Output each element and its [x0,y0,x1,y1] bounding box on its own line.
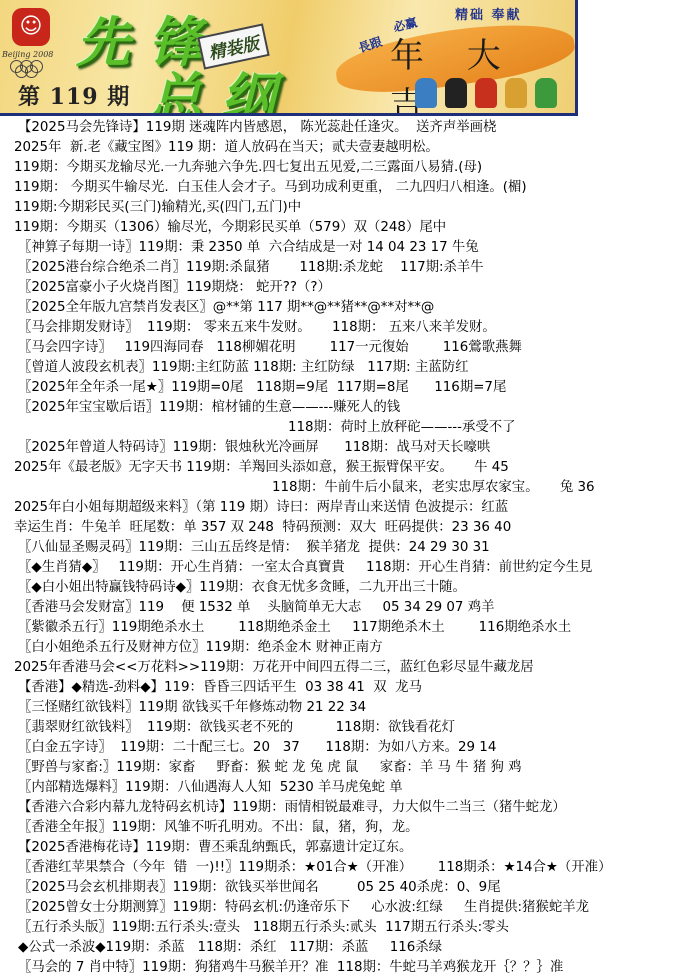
text-line: 119期： 今期买牛输尽光. 白玉佳人会才子。马到功成利更重， 二九四归八相逢。… [14,178,527,198]
text-line: 〖2025马会玄机排期表〗119期：欲钱买举世闻名 05 25 40杀虎：0、9… [18,878,501,898]
text-line: 2025年白小姐每期超级来料〗（第 119 期）诗曰：两岸青山来送情 色波提示：… [14,498,508,518]
text-line: 〖野兽与家畜:〗119期：家畜 野畜：猴 蛇 龙 兔 虎 鼠 家畜：羊 马 牛 … [18,758,522,778]
text-line: 〖2025年全年杀一尾★〗119期=0尾 118期=9尾 117期=8尾 116… [18,378,506,398]
text-line: 〖2025港台综合绝杀二肖〗119期:杀鼠猪 118期:杀龙蛇 117期:杀羊牛 [18,258,484,278]
mascot-icon [505,78,527,108]
text-line: 119期：今期买龙输尽光.一九奔驰六争先.四七复出五见爱,二三露面八易猜.(母) [14,158,482,178]
header-banner: ☺ Beijing 2008 第 119 期 先 锋 总 纲 精装版 年 大 吉… [0,0,578,116]
text-line: 〖◆白小姐出特赢钱特码诗◆〗119期：衣食无忧多贪睡，二九开出三十随。 [18,578,466,598]
text-line: 〖紫徽杀五行〗119期绝杀水土 118期绝杀金土 117期绝杀木土 116期绝杀… [18,618,571,638]
text-line: 〖2025富豪小子火烧肖图〗119期烧： 蛇开??（?） [18,278,331,298]
text-line: 【香港六合彩内幕九龙特码玄机诗】119期：雨情相锐最难寻，力大似牛二当三（猪牛蛇… [18,798,566,818]
text-line: 〖内部精选爆料〗119期：八仙遇海人人知 5230 羊马虎兔蛇 单 [18,778,403,798]
olympic-emblem-icon: ☺ [12,8,50,46]
text-line: 【2025香港梅花诗】119期：曹丕乘乱纳甄氏，郭嘉遗计定辽东。 [18,838,412,858]
text-line: 〖五行杀头版〗119期:五行杀头:壹头 118期五行杀头:贰头 117期五行杀头… [18,918,509,938]
text-line: 〖2025年宝宝歇后语〗119期：棺材铺的生意——---赚死人的钱 [18,398,400,418]
text-line: 〖2025曾女士分期测算〗119期：特码玄机:仍逢帝乐下 心水波:红绿 生肖提供… [18,898,589,918]
issue-number: 第 119 期 [18,80,130,111]
mascot-icon [415,78,437,108]
mascot-icon [445,78,467,108]
text-line: 〖2025全年版九宫禁肖发表区〗@**第 117 期**@**猪**@**对**… [18,298,434,318]
text-line: 〖神算子每期一诗〗119期：秉 2350 单 六合结成是一对 14 04 23 … [18,238,479,258]
text-line: 〖马会排期发财诗〗 119期： 零来五来牛发财。 118期： 五来八来羊发财。 [18,318,496,338]
text-line: 〖马会四字诗〗 119四海同春 118柳媚花明 117一元復始 116鶯歌燕舞 [18,338,522,358]
text-line: 2025年 新.老《藏宝图》119 期：道人放码在当天；贰夫壹妻越明松。 [14,138,439,158]
text-line: 〖白金五字诗〗 119期：二十配三七。20 37 118期：为如八方来。29 1… [18,738,496,758]
text-line: 【香港】◆精选-劲料◆】119：昏昏三四话平生 03 38 41 双 龙马 [18,678,422,698]
text-line: 〖香港马会发财富〗119 便 1532 单 头脑简单无大志 05 34 29 0… [18,598,494,618]
text-line: 〖三怪赌红欲钱料〗119期 欲钱买千年修炼动物 21 22 34 [18,698,366,718]
text-line: 〖马会的 7 肖中特〗119期：狗猪鸡牛马猴羊开？准 118期：牛蛇马羊鸡猴龙开… [18,958,563,977]
text-line: 〖白小姐绝杀五行及财神方位〗119期：绝杀金木 财神正南方 [18,638,383,658]
text-line: 2025年香港马会<<万花料>>119期：万花开中间四五得二三，蓝红色彩尽显牛藏… [14,658,534,678]
mascots-graphic [415,78,557,108]
mascot-icon [535,78,557,108]
text-line: 【2025马会先锋诗】119期 迷魂阵内皆感恩， 陈光蕊赴任逢灾。 送齐声举画桡 [18,118,496,138]
text-line: 118期：荷时上放秤砣——---承受不了 [288,418,516,438]
logo-caption: Beijing 2008 [2,50,53,59]
text-line: 119期：今期买（1306）输尽光，今期彩民买单（579）双（248）尾中 [14,218,446,238]
text-line: 〖香港全年报〗119期：风雏不听孔明劝。不出：鼠，猪，狗，龙。 [18,818,419,838]
text-line: 〖◆生肖猜◆〗 119期：开心生肖猜：一室太合真寶貴 118期：开心生肖猜：前世… [18,558,592,578]
text-line: 〖曾道人波段玄机表〗119期:主红防蓝 118期: 主红防绿 117期: 主蓝防… [18,358,469,378]
text-line: 2025年《最老版》无字天书 119期：羊羯回头添如意，猴王振臂保平安。 牛 4… [14,458,509,478]
slogan-top: 精础 奉献 [455,4,522,23]
text-line: ◆公式一杀波◆119期：杀蓝 118期：杀红 117期：杀蓝 116杀绿 [18,938,442,958]
olympic-rings-icon [10,60,56,76]
text-line: 〖香港红苹果禁合（今年 错 一)!!〗119期杀：★01合★（开准） 118期杀… [18,858,611,878]
text-line: 〖翡翠财红欲钱料〗 119期：欲钱买老不死的 118期：欲钱看花灯 [18,718,455,738]
mascot-icon [475,78,497,108]
text-line: 118期：牛前牛后小鼠来，老实忠厚农家宝。 兔 36 [272,478,595,498]
text-line: 〖八仙显圣赐灵码〗119期：三山五岳终是情： 猴羊猪龙 提供：24 29 30 … [18,538,490,558]
text-line: 幸运生肖：牛兔羊 旺尾数：单 357 双 248 特码预测：双大 旺码提供：23… [14,518,511,538]
text-line: 〖2025年曾道人特码诗〗119期：银烛秋光冷画屏 118期：战马对天长嚎哄 [18,438,490,458]
text-line: 119期:今期彩民买(三门)输精光,买(四门,五门)中 [14,198,301,218]
